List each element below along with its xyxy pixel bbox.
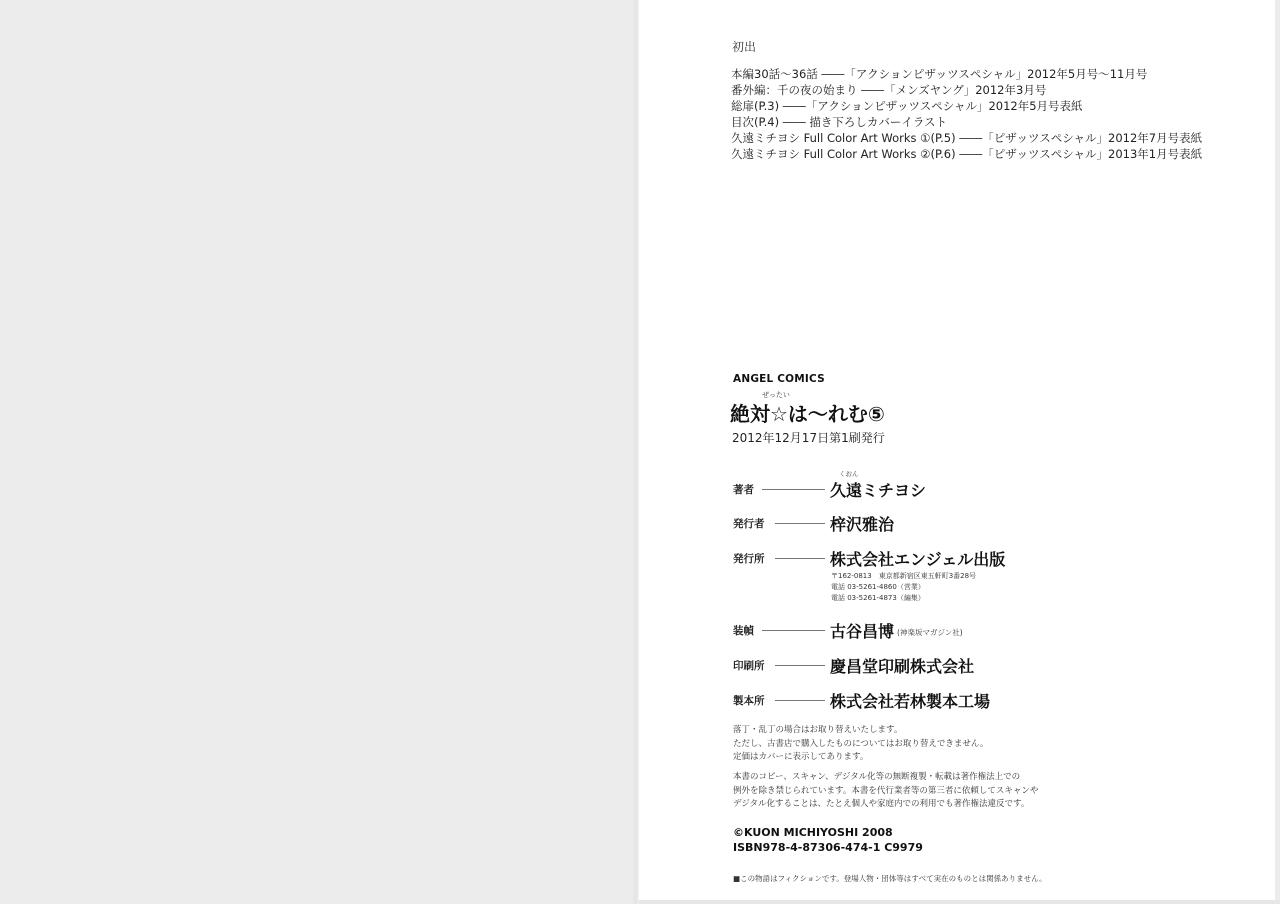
credit-value: 梓沢雅治 [830, 512, 894, 535]
copyright-line: ©KUON MICHIYOSHI 2008 [733, 825, 923, 840]
bottom-edge [639, 900, 1280, 904]
credit-value: 株式会社エンジェル出版 [830, 547, 1005, 570]
first-publication-entry: 久遠ミチヨシ Full Color Art Works ①(P.5) ――「ピザ… [731, 130, 1202, 146]
credit-value: 久遠ミチヨシ [830, 478, 926, 501]
colophon-page: 初出 本編30話～36話 ――「アクションピザッツスペシャル」2012年5月号～… [639, 0, 1275, 900]
notice-line: 落丁・乱丁の場合はお取り替えいたします。 [733, 724, 988, 738]
leader-line [762, 489, 825, 490]
address-line: 〒162-0813 東京都新宿区東五軒町3番28号 [831, 571, 976, 582]
imprint-label: ANGEL COMICS [733, 373, 825, 385]
notice-line: 例外を除き禁じられています。本書を代行業者等の第三者に依頼してスキャンや [733, 785, 1038, 799]
fiction-disclaimer: ■この物語はフィクションです。登場人物・団体等はすべて実在のものとは関係ありませ… [733, 873, 1047, 884]
credit-value: 株式会社若林製本工場 [830, 689, 990, 712]
page-spread-viewer: 初出 本編30話～36話 ――「アクションピザッツスペシャル」2012年5月号～… [0, 0, 1280, 904]
book-title: 絶対☆は～れむ⑤ [730, 398, 885, 427]
first-publication-entry: 目次(P.4) ―― 描き下ろしカバーイラスト [731, 114, 1202, 130]
designer-affiliation: (神楽坂マガジン社) [897, 628, 963, 637]
notice-returns: 落丁・乱丁の場合はお取り替えいたします。 ただし、古書店で購入したものについては… [733, 724, 988, 765]
leader-line [775, 523, 825, 524]
notice-line: 本書のコピー、スキャン、デジタル化等の無断複製・転載は著作権法上での [733, 771, 1038, 785]
publish-date: 2012年12月17日第1刷発行 [732, 429, 885, 446]
credit-label: 製本所 [733, 693, 765, 708]
notice-line: 定価はカバーに表示してあります。 [733, 751, 988, 765]
notice-copyright-law: 本書のコピー、スキャン、デジタル化等の無断複製・転載は著作権法上での 例外を除き… [733, 771, 1038, 812]
leader-line [775, 665, 825, 666]
first-publication-entry: 番外編：千の夜の始まり ――「メンズヤング」2012年3月号 [731, 82, 1202, 98]
credit-value: 古谷昌博(神楽坂マガジン社) [830, 619, 963, 642]
leader-line [762, 630, 825, 631]
right-edge [1275, 0, 1280, 904]
credit-label: 印刷所 [733, 658, 765, 673]
credit-label: 発行所 [733, 551, 765, 566]
credit-label: 発行者 [733, 516, 765, 531]
first-publication-entry: 総扉(P.3) ――「アクションピザッツスペシャル」2012年5月号表紙 [731, 98, 1202, 114]
leader-line [775, 558, 825, 559]
credit-value: 慶昌堂印刷株式会社 [830, 654, 974, 677]
phone-editorial: 電話 03-5261-4873（編集） [831, 593, 976, 604]
notice-line: デジタル化することは、たとえ個人や家庭内での利用でも著作権法違反です。 [733, 798, 1038, 812]
credit-label: 著者 [733, 482, 754, 497]
first-publication-heading: 初出 [732, 38, 756, 55]
left-page-blank [0, 0, 636, 904]
publisher-address: 〒162-0813 東京都新宿区東五軒町3番28号 電話 03-5261-486… [831, 571, 976, 604]
page-gutter [632, 0, 639, 904]
leader-line [775, 700, 825, 701]
credit-label: 装幀 [733, 623, 754, 638]
phone-sales: 電話 03-5261-4860（営業） [831, 582, 976, 593]
author-ruby: くおん [839, 469, 859, 478]
first-publication-entry: 本編30話～36話 ――「アクションピザッツスペシャル」2012年5月号～11月… [731, 66, 1202, 82]
designer-name: 古谷昌博 [830, 622, 894, 641]
notice-line: ただし、古書店で購入したものについてはお取り替えできません。 [733, 738, 988, 752]
first-publication-entry: 久遠ミチヨシ Full Color Art Works ②(P.6) ――「ピザ… [731, 146, 1202, 162]
isbn-line: ISBN978-4-87306-474-1 C9979 [733, 840, 923, 855]
first-publication-list: 本編30話～36話 ――「アクションピザッツスペシャル」2012年5月号～11月… [731, 66, 1202, 162]
copyright-block: ©KUON MICHIYOSHI 2008 ISBN978-4-87306-47… [733, 825, 923, 855]
